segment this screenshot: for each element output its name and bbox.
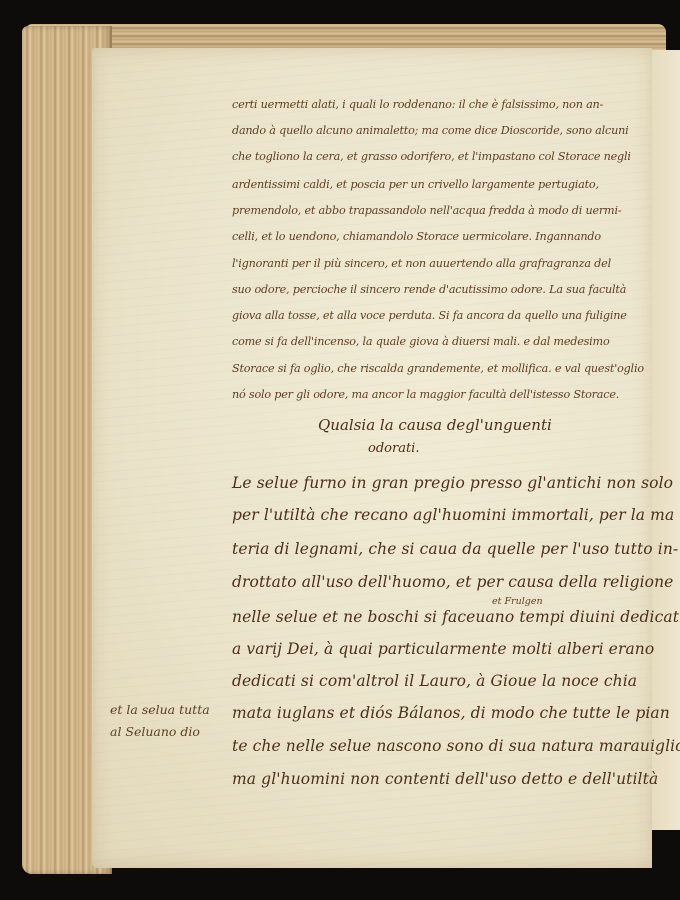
manuscript-scan: certi uermetti alati, i quali lo roddena… (0, 0, 680, 900)
text-line: ma gl'huomini non contenti dell'uso dett… (232, 770, 658, 788)
text-line: nó solo per gli odore, ma ancor la maggi… (232, 388, 619, 401)
text-line: certi uermetti alati, i quali lo roddena… (232, 98, 603, 111)
text-line: come si fa dell'incenso, la quale giova … (232, 335, 610, 348)
text-line: teria di legnami, che si caua da quelle … (232, 540, 678, 558)
section-heading-continuation: odorati. (368, 441, 419, 456)
marginal-note: et la selua tutta (110, 702, 210, 717)
text-line: a varij Dei, à quai particularmente molt… (232, 640, 654, 658)
section-heading: Qualsia la causa degl'unguenti (318, 416, 552, 434)
text-line: che togliono la cera, et grasso odorifer… (232, 150, 631, 163)
text-line: dedicati si com'altrol il Lauro, à Gioue… (232, 672, 637, 690)
text-line: Storace si fa oglio, che riscalda grande… (232, 362, 644, 375)
text-line: premendolo, et abbo trapassandolo nell'a… (232, 204, 621, 217)
marginal-note-continuation: al Seluano dio (110, 724, 200, 739)
text-line: l'ignoranti per il più sincero, et non a… (232, 257, 611, 270)
text-line: nelle selue et ne boschi si faceuano tem… (232, 608, 680, 626)
text-line: drottato all'uso dell'huomo, et per caus… (232, 573, 673, 591)
interlinear-insertion: et Frulgen (492, 596, 543, 607)
text-line: per l'utiltà che recano agl'huomini immo… (232, 506, 674, 524)
text-line: Le selue furno in gran pregio presso gl'… (232, 474, 673, 492)
text-line: celli, et lo uendono, chiamandolo Storac… (232, 230, 601, 243)
text-line: te che nelle selue nascono sono di sua n… (232, 737, 680, 755)
text-line: dando à quello alcuno animaletto; ma com… (232, 124, 628, 137)
text-line: mata iuglans et diós Bálanos, di modo ch… (232, 704, 670, 722)
text-line: giova alla tosse, et alla voce perduta. … (232, 309, 627, 322)
text-line: suo odore, percioche il sincero rende d'… (232, 283, 626, 296)
text-line: ardentissimi caldi, et poscia per un cri… (232, 178, 599, 191)
